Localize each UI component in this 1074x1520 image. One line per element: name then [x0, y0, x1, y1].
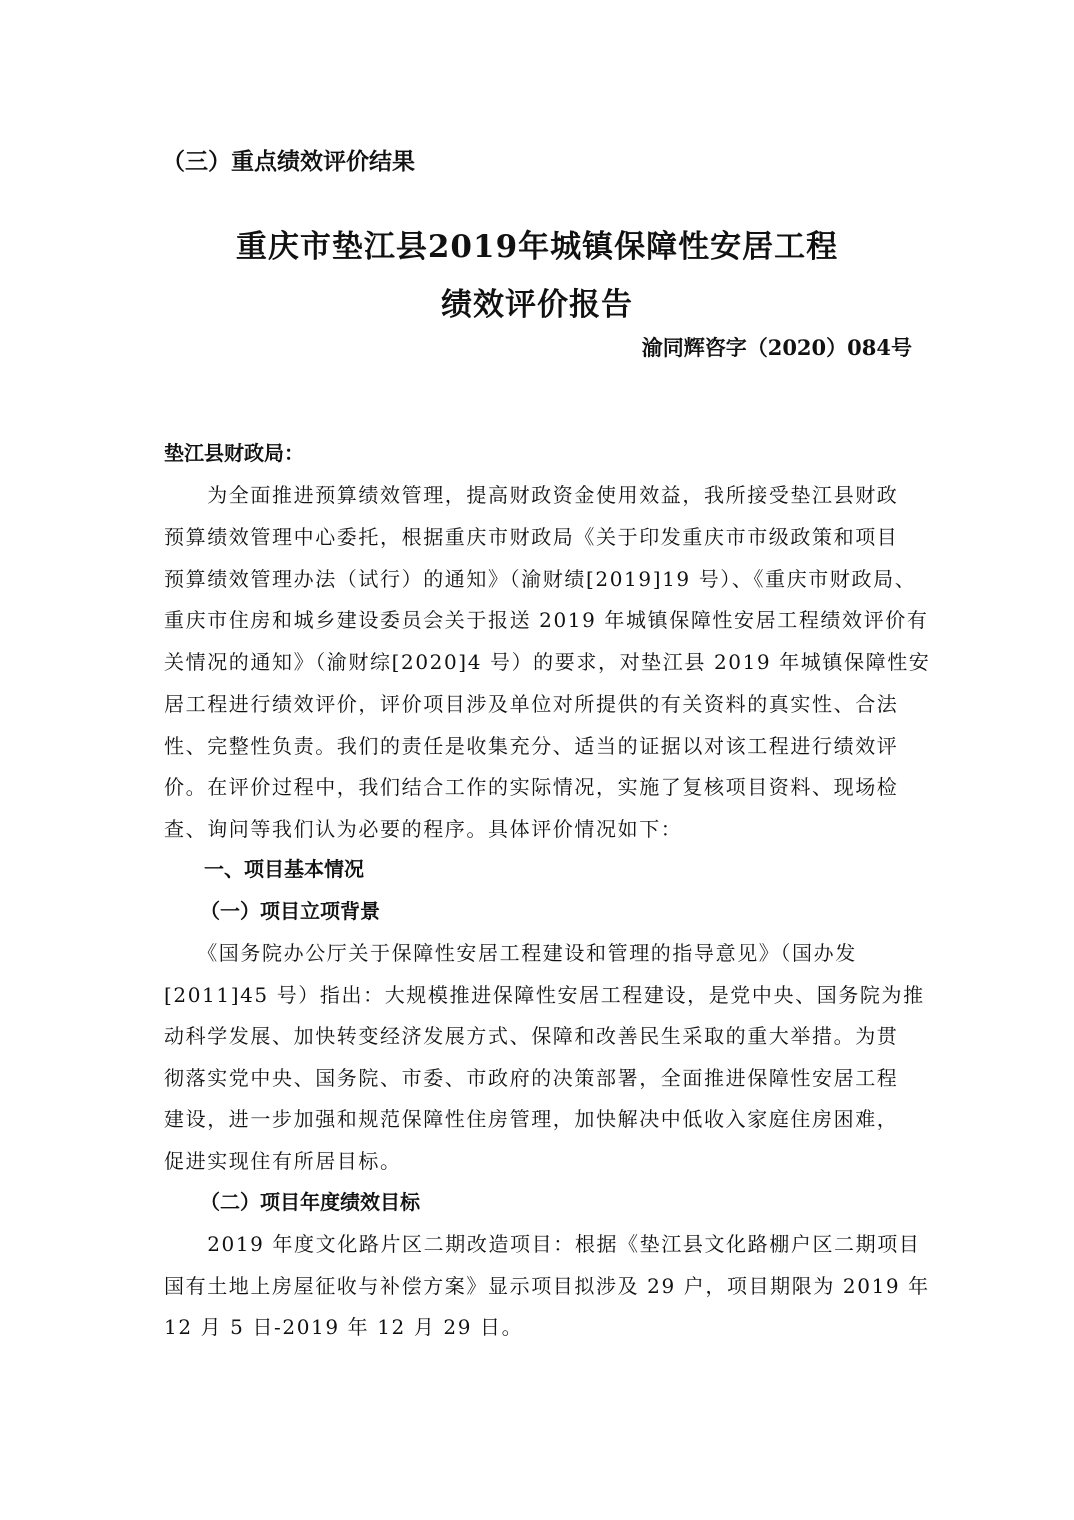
- intro-line: 居工程进行绩效评价，评价项目涉及单位对所提供的有关资料的真实性、合法: [164, 688, 898, 717]
- section-label: （三）重点绩效评价结果: [162, 143, 415, 176]
- intro-line: 预算绩效管理办法（试行）的通知》（渝财绩[2019]19 号）、《重庆市财政局、: [164, 563, 916, 592]
- report-title-line-1: 重庆市垫江县2019年城镇保障性安居工程: [0, 221, 1074, 266]
- subheading-project-background: （一）项目立项背景: [200, 895, 380, 924]
- subheading-annual-goals: （二）项目年度绩效目标: [200, 1186, 420, 1215]
- background-line: 动科学发展、加快转变经济发展方式、保障和改善民生采取的重大举措。为贯: [164, 1020, 898, 1049]
- background-line: 促进实现住有所居目标。: [164, 1145, 402, 1174]
- intro-line: 关情况的通知》（渝财综[2020]4 号）的要求，对垫江县 2019 年城镇保障…: [164, 646, 930, 675]
- document-number: 渝同辉咨字（2020）084号: [642, 332, 912, 362]
- intro-line: 为全面推进预算绩效管理，提高财政资金使用效益，我所接受垫江县财政: [164, 479, 898, 508]
- goal-line: 2019 年度文化路片区二期改造项目：根据《垫江县文化路棚户区二期项目: [164, 1228, 920, 1257]
- heading-project-basics: 一、项目基本情况: [204, 853, 364, 882]
- intro-line: 性、完整性负责。我们的责任是收集充分、适当的证据以对该工程进行绩效评: [164, 730, 898, 759]
- goal-line: 12 月 5 日-2019 年 12 月 29 日。: [164, 1311, 523, 1340]
- background-line: 建设，进一步加强和规范保障性住房管理，加快解决中低收入家庭住房困难，: [164, 1103, 898, 1132]
- background-line: 《国务院办公厅关于保障性安居工程建设和管理的指导意见》（国办发: [164, 937, 857, 966]
- goal-line: 国有土地上房屋征收与补偿方案》显示项目拟涉及 29 户，项目期限为 2019 年: [164, 1270, 930, 1299]
- addressee: 垫江县财政局：: [164, 437, 304, 466]
- intro-line: 价。在评价过程中，我们结合工作的实际情况，实施了复核项目资料、现场检: [164, 771, 898, 800]
- background-line: [2011]45 号）指出：大规模推进保障性安居工程建设，是党中央、国务院为推: [164, 979, 925, 1008]
- intro-line: 预算绩效管理中心委托，根据重庆市财政局《关于印发重庆市市级政策和项目: [164, 521, 898, 550]
- document-page: （三）重点绩效评价结果 重庆市垫江县2019年城镇保障性安居工程 绩效评价报告 …: [0, 0, 1074, 1520]
- background-line: 彻落实党中央、国务院、市委、市政府的决策部署，全面推进保障性安居工程: [164, 1062, 898, 1091]
- intro-line: 查、询问等我们认为必要的程序。具体评价情况如下：: [164, 813, 682, 842]
- intro-line: 重庆市住房和城乡建设委员会关于报送 2019 年城镇保障性安居工程绩效评价有: [164, 604, 928, 633]
- report-title-line-2: 绩效评价报告: [0, 279, 1074, 324]
